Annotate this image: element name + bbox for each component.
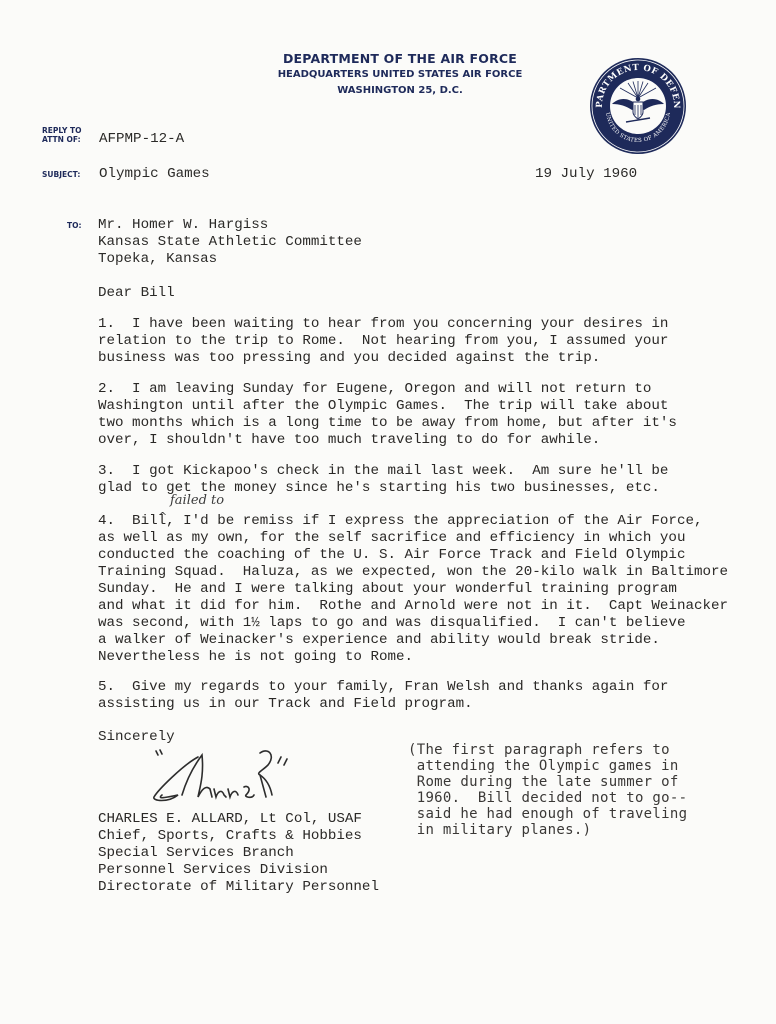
department-of-defense-seal-icon: DEPARTMENT OF DEFENSE UNITED STATES OF A…	[588, 56, 688, 156]
signature	[148, 745, 308, 807]
reply-to-label: REPLY TO ATTN OF:	[42, 126, 82, 144]
closing: Sincerely	[98, 729, 175, 746]
handwritten-insert: failed to	[170, 493, 224, 508]
recipient-name: Mr. Homer W. Hargiss	[98, 217, 268, 234]
to-label: TO:	[67, 221, 82, 230]
signer-title: Chief, Sports, Crafts & Hobbies	[98, 828, 379, 845]
paragraph-3: 3. I got Kickapoo's check in the mail la…	[98, 463, 668, 497]
subject-label: SUBJECT:	[42, 170, 80, 179]
annotation-note: (The first paragraph refers to attending…	[408, 742, 687, 838]
signer-division: Personnel Services Division	[98, 862, 379, 879]
signer-branch: Special Services Branch	[98, 845, 379, 862]
signer-directorate: Directorate of Military Personnel	[98, 879, 379, 896]
salutation: Dear Bill	[98, 285, 175, 302]
subject-value: Olympic Games	[99, 166, 210, 183]
letterhead-department: DEPARTMENT OF THE AIR FORCE	[255, 50, 545, 67]
letter-page: DEPARTMENT OF THE AIR FORCE HEADQUARTERS…	[0, 0, 776, 1024]
signer-name: CHARLES E. ALLARD, Lt Col, USAF	[98, 811, 379, 828]
paragraph-4: 4. Bill, I'd be remiss if I express the …	[98, 513, 728, 666]
recipient-city: Topeka, Kansas	[98, 251, 217, 268]
letterhead: DEPARTMENT OF THE AIR FORCE HEADQUARTERS…	[255, 50, 545, 99]
reply-to-value: AFPMP-12-A	[99, 131, 184, 148]
letterhead-address: WASHINGTON 25, D.C.	[255, 83, 545, 99]
signature-block: CHARLES E. ALLARD, Lt Col, USAF Chief, S…	[98, 811, 379, 896]
recipient-organization: Kansas State Athletic Committee	[98, 234, 362, 251]
letter-date: 19 July 1960	[535, 166, 637, 183]
paragraph-2: 2. I am leaving Sunday for Eugene, Orego…	[98, 381, 677, 449]
paragraph-1: 1. I have been waiting to hear from you …	[98, 316, 668, 367]
letterhead-headquarters: HEADQUARTERS UNITED STATES AIR FORCE	[255, 67, 545, 83]
paragraph-5: 5. Give my regards to your family, Fran …	[98, 679, 668, 713]
